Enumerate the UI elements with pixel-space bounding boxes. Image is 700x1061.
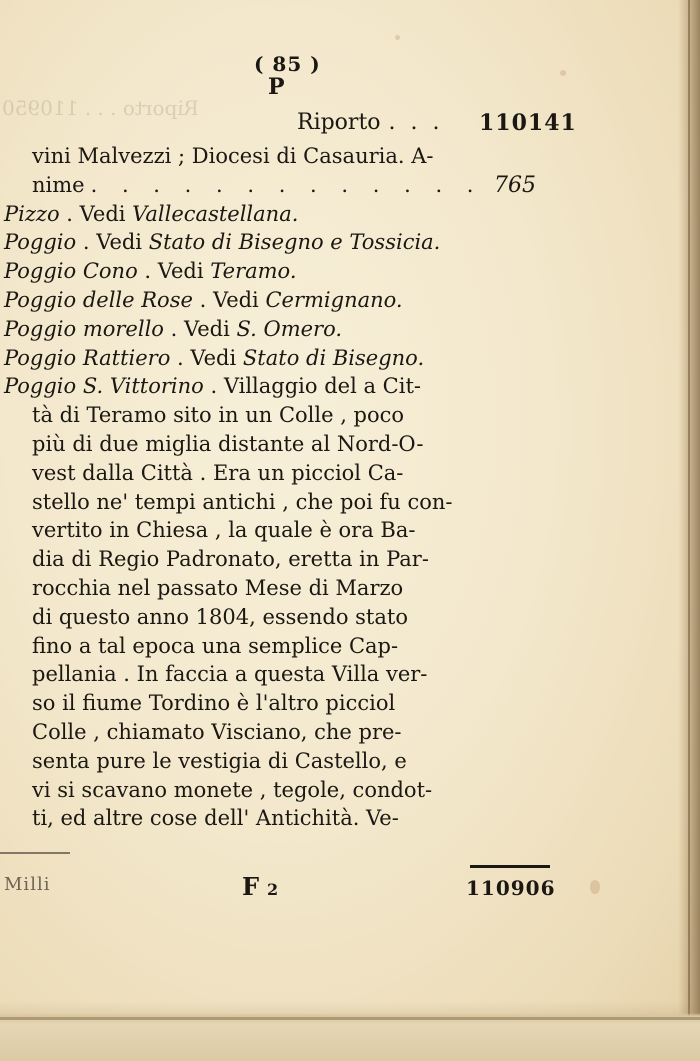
page-edge-line xyxy=(688,0,690,1061)
text-line: vest dalla Città . Era un picciol Ca- xyxy=(0,459,520,488)
text-line: so il fiume Tordino è l'altro picciol xyxy=(0,689,520,718)
entry-poggio-morello: Poggio morello . Vedi S. Omero. xyxy=(0,315,520,344)
cross-reference: Stato di Bisegno. xyxy=(243,346,424,370)
book-page: Riporto . . . 110950 ( 85 ) P Riporto. .… xyxy=(0,0,700,1061)
entry-name: Pizzo xyxy=(4,202,60,226)
gazetteer-entries: vini Malvezzi ; Diocesi di Casauria. A- … xyxy=(0,142,520,833)
entry-pizzo: Pizzo . Vedi Vallecastellana. xyxy=(0,200,520,229)
entry-name: Poggio Rattiero xyxy=(4,346,170,370)
entry-name: Poggio Cono xyxy=(4,259,138,283)
ink-stain xyxy=(395,35,400,40)
cross-reference: Stato di Bisegno e Tossicia. xyxy=(149,230,441,254)
text-line: stello ne' tempi antichi , che poi fu co… xyxy=(0,488,520,517)
vedi-label: Vedi xyxy=(213,288,259,312)
text-line: vertito in Chiesa , la quale è ora Ba- xyxy=(0,516,520,545)
text-line: più di due miglia distante al Nord-O- xyxy=(0,430,520,459)
line-text: nime xyxy=(32,171,85,200)
entry-poggio: Poggio . Vedi Stato di Bisegno e Tossici… xyxy=(0,228,520,257)
text-line: senta pure le vestigia di Castello, e xyxy=(0,747,520,776)
entry-poggio-rattiero: Poggio Rattiero . Vedi Stato di Bisegno. xyxy=(0,344,520,373)
cross-reference: Teramo. xyxy=(210,259,296,283)
cross-reference: Cermignano. xyxy=(265,288,402,312)
page-total: 110906 xyxy=(466,876,556,900)
signature-mark: F2 xyxy=(242,872,278,901)
vedi-label: Vedi xyxy=(190,346,236,370)
vedi-label: Vedi xyxy=(158,259,204,283)
vedi-label: Vedi xyxy=(80,202,126,226)
population-line: nime . . . . . . . . . . . . . . . . . .… xyxy=(0,171,536,200)
text-line: Colle , chiamato Visciano, che pre- xyxy=(0,718,520,747)
dot-leader: . . . . . . . . . . . . . . . . . . . . xyxy=(91,171,488,200)
vedi-label: Vedi xyxy=(96,230,142,254)
text-line: pellania . In faccia a questa Villa ver- xyxy=(0,660,520,689)
text-line: fino a tal epoca una semplice Cap- xyxy=(0,632,520,661)
entry-name: Poggio delle Rose xyxy=(4,288,193,312)
text-line: vini Malvezzi ; Diocesi di Casauria. A- xyxy=(0,142,520,171)
text-line: di questo anno 1804, essendo stato xyxy=(0,603,520,632)
bottom-page-edge xyxy=(0,1001,700,1061)
entry-description: Villaggio del a Cit- xyxy=(224,374,421,398)
cross-reference: Vallecastellana. xyxy=(132,202,298,226)
text-line: dia di Regio Padronato, eretta in Par- xyxy=(0,545,520,574)
cross-reference: S. Omero. xyxy=(237,317,343,341)
text-line: ti, ed altre cose dell' Antichità. Ve- xyxy=(0,804,520,833)
entry-name: Poggio S. Vittorino xyxy=(4,374,204,398)
entry-poggio-delle-rose: Poggio delle Rose . Vedi Cermignano. xyxy=(0,286,520,315)
carry-forward-amount: 110141 xyxy=(479,110,577,136)
bleed-through-text: Riporto . . . 110950 xyxy=(2,96,199,120)
carry-forward-label: Riporto xyxy=(297,110,381,135)
population-count: 765 xyxy=(494,172,536,201)
page-number: ( 85 ) xyxy=(254,52,321,76)
text-line: rocchia nel passato Mese di Marzo xyxy=(0,574,520,603)
ink-stain xyxy=(560,70,566,76)
sum-rule xyxy=(470,865,550,868)
text-line: tà di Teramo sito in un Colle , poco xyxy=(0,401,520,430)
footer-fragment: Milli xyxy=(4,874,50,895)
ink-stain xyxy=(590,880,600,894)
text-line: vi si scavano monete , tegole, condot- xyxy=(0,776,520,805)
vedi-label: Vedi xyxy=(184,317,230,341)
rule-left xyxy=(0,852,70,854)
section-letter: P xyxy=(268,74,285,100)
entry-poggio-s-vittorino: Poggio S. Vittorino . Villaggio del a Ci… xyxy=(0,372,520,401)
entry-poggio-cono: Poggio Cono . Vedi Teramo. xyxy=(0,257,520,286)
entry-name: Poggio morello xyxy=(4,317,164,341)
carry-forward-row: Riporto. . .110141 xyxy=(297,110,444,135)
carry-forward-leader: . . . xyxy=(389,110,444,135)
entry-name: Poggio xyxy=(4,230,76,254)
